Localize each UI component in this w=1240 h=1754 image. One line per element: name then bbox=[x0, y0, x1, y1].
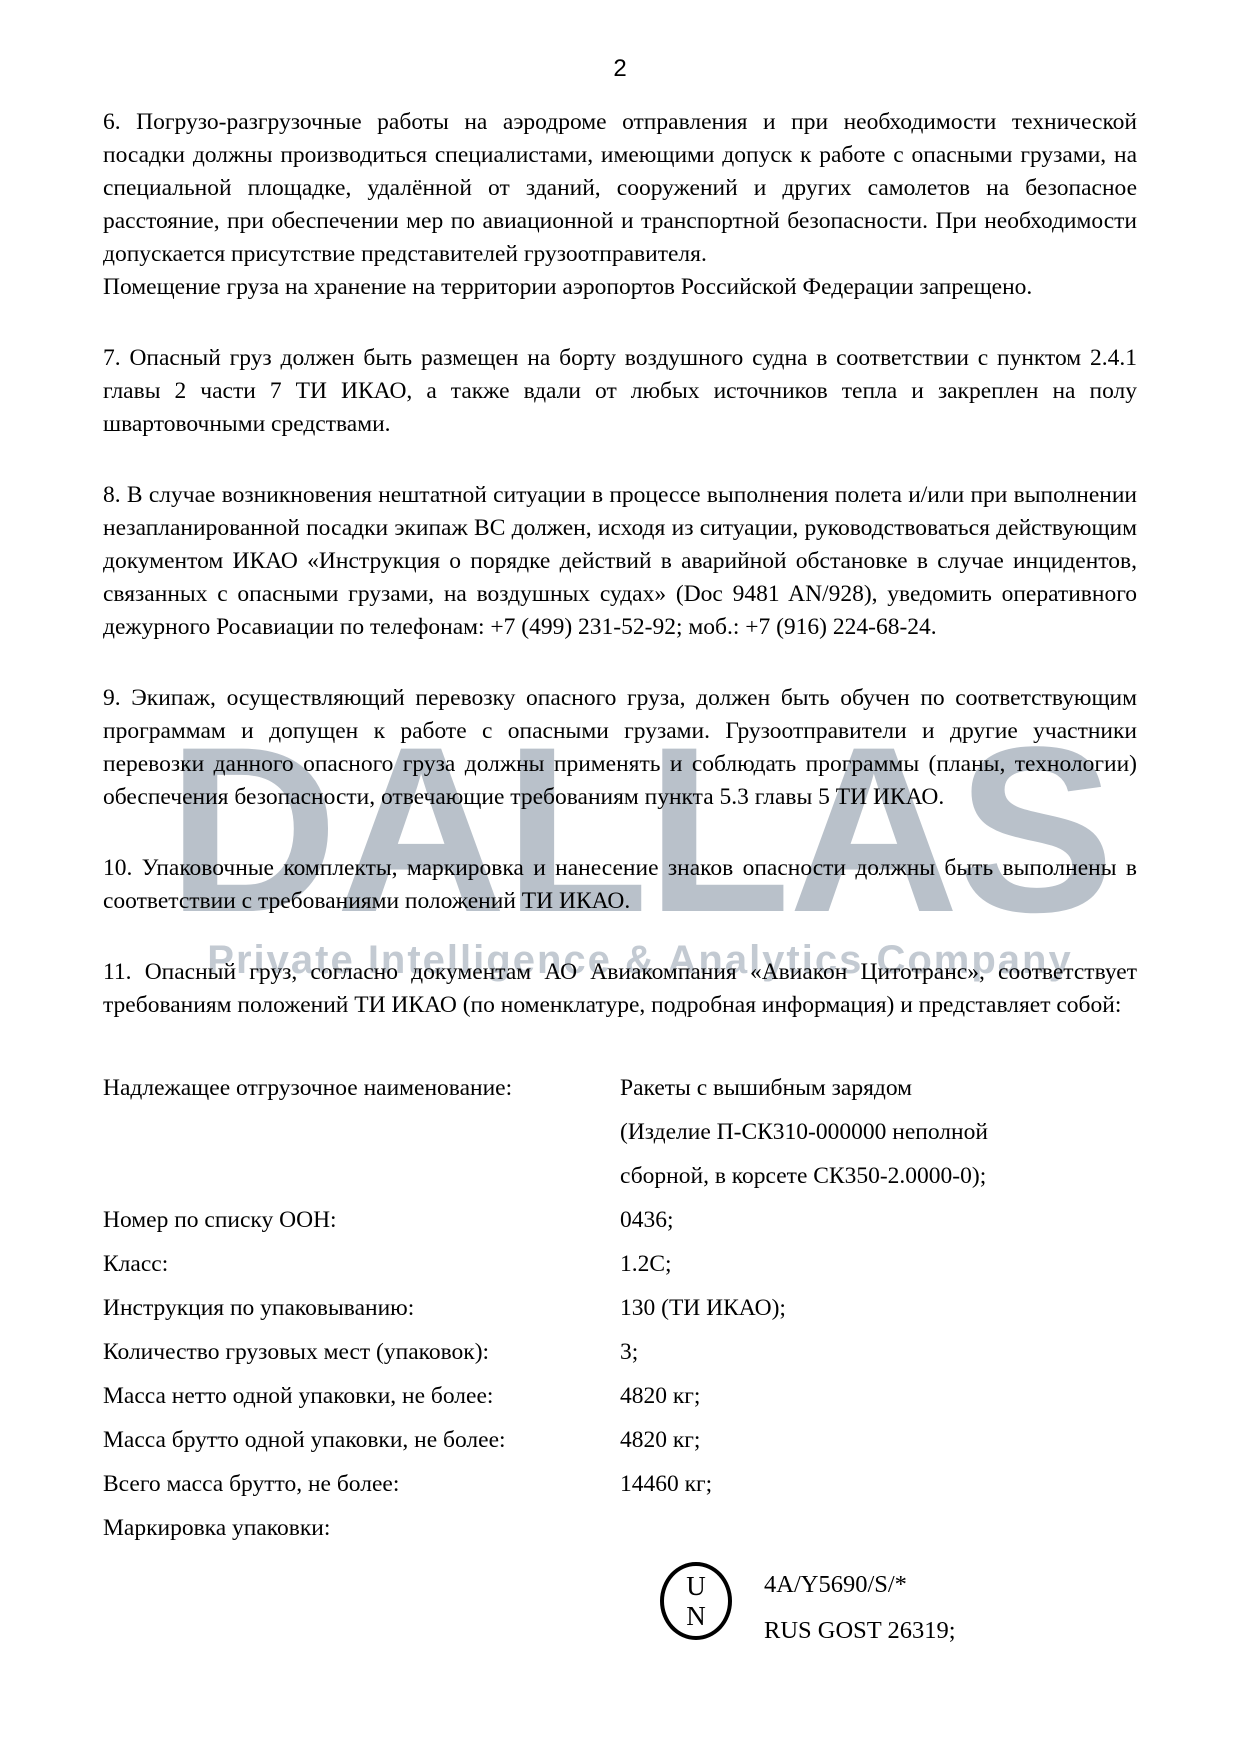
un-letter-n: N bbox=[686, 1601, 706, 1631]
un-code-line2: RUS GOST 26319; bbox=[764, 1608, 956, 1654]
detail-row-net-mass: Масса нетто одной упаковки, не более: 48… bbox=[103, 1374, 1137, 1418]
paragraph-8: 8. В случае возникновения нештатной ситу… bbox=[103, 479, 1137, 644]
detail-label: Номер по списку ООН: bbox=[103, 1198, 620, 1242]
detail-label: Количество грузовых мест (упаковок): bbox=[103, 1330, 620, 1374]
detail-row-un-number: Номер по списку ООН: 0436; bbox=[103, 1198, 1137, 1242]
document-page: DALLAS Private Intelligence & Analytics … bbox=[0, 0, 1240, 1754]
un-marking-codes: 4A/Y5690/S/* RUS GOST 26319; bbox=[764, 1562, 956, 1654]
paragraph-6: 6. Погрузо-разгрузочные работы на аэродр… bbox=[103, 106, 1137, 271]
paragraph-10: 10. Упаковочные комплекты, маркировка и … bbox=[103, 852, 1137, 918]
detail-value: 4820 кг; bbox=[620, 1374, 700, 1418]
un-marking-block: U N 4A/Y5690/S/* RUS GOST 26319; bbox=[660, 1562, 1137, 1654]
detail-value: Ракеты с вышибным зарядом (Изделие П-СК3… bbox=[620, 1066, 988, 1198]
detail-value: 130 (ТИ ИКАО); bbox=[620, 1286, 786, 1330]
detail-label: Инструкция по упаковыванию: bbox=[103, 1286, 620, 1330]
paragraph-9: 9. Экипаж, осуществляющий перевозку опас… bbox=[103, 682, 1137, 814]
detail-label: Класс: bbox=[103, 1242, 620, 1286]
detail-row-class: Класс: 1.2С; bbox=[103, 1242, 1137, 1286]
un-letter-u: U bbox=[686, 1571, 706, 1601]
detail-row-package-marking: Маркировка упаковки: bbox=[103, 1506, 1137, 1550]
paragraph-6-note: Помещение груза на хранение на территори… bbox=[103, 271, 1137, 304]
detail-label: Надлежащее отгрузочное наименование: bbox=[103, 1066, 620, 1110]
un-packaging-symbol: U N bbox=[660, 1562, 732, 1640]
detail-value: 14460 кг; bbox=[620, 1462, 712, 1506]
detail-value: 3; bbox=[620, 1330, 638, 1374]
page-content: 2 6. Погрузо-разгрузочные работы на аэро… bbox=[0, 0, 1240, 1654]
detail-label: Масса нетто одной упаковки, не более: bbox=[103, 1374, 620, 1418]
page-number: 2 bbox=[103, 54, 1137, 84]
detail-row-total-gross-mass: Всего масса брутто, не более: 14460 кг; bbox=[103, 1462, 1137, 1506]
paragraph-7: 7. Опасный груз должен быть размещен на … bbox=[103, 342, 1137, 441]
detail-row-packing-instruction: Инструкция по упаковыванию: 130 (ТИ ИКАО… bbox=[103, 1286, 1137, 1330]
detail-value: 4820 кг; bbox=[620, 1418, 700, 1462]
detail-label: Всего масса брутто, не более: bbox=[103, 1462, 620, 1506]
un-code-line1: 4A/Y5690/S/* bbox=[764, 1562, 956, 1608]
cargo-details: Надлежащее отгрузочное наименование: Рак… bbox=[103, 1066, 1137, 1550]
paragraph-11: 11. Опасный груз, согласно документам АО… bbox=[103, 956, 1137, 1022]
detail-label: Масса брутто одной упаковки, не более: bbox=[103, 1418, 620, 1462]
detail-label: Маркировка упаковки: bbox=[103, 1506, 620, 1550]
detail-value: 1.2С; bbox=[620, 1242, 672, 1286]
detail-row-gross-mass: Масса брутто одной упаковки, не более: 4… bbox=[103, 1418, 1137, 1462]
detail-row-shipping-name: Надлежащее отгрузочное наименование: Рак… bbox=[103, 1066, 1137, 1198]
detail-value: 0436; bbox=[620, 1198, 674, 1242]
detail-row-package-count: Количество грузовых мест (упаковок): 3; bbox=[103, 1330, 1137, 1374]
